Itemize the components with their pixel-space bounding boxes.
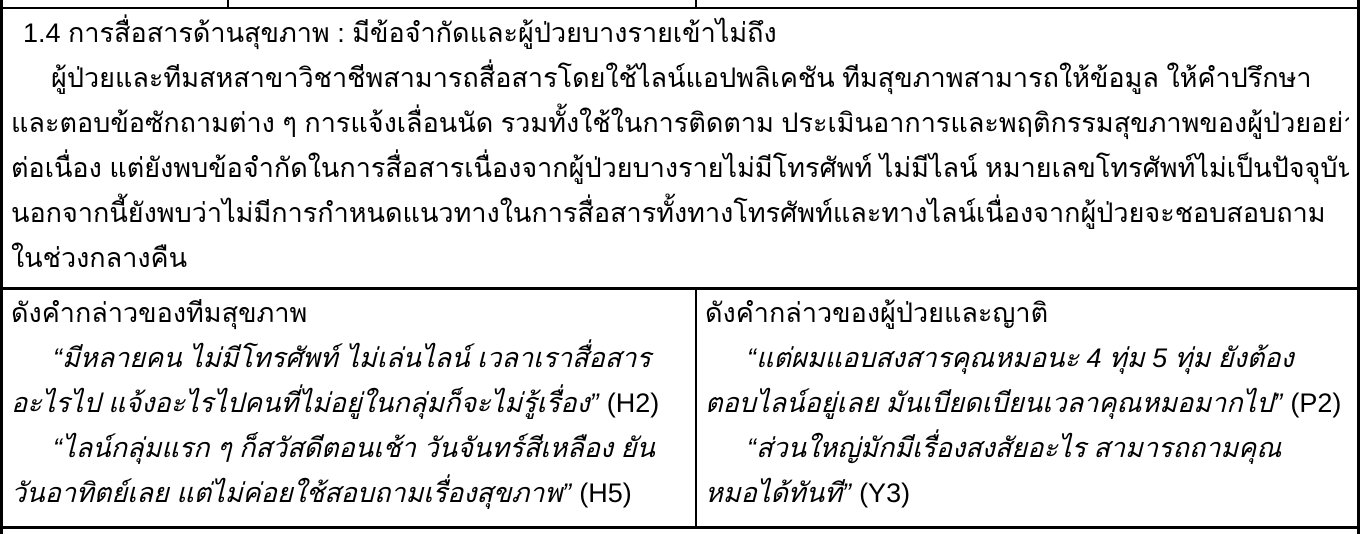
speaker-code: (H5) — [579, 478, 632, 508]
paragraph-line: และตอบข้อซักถามต่าง ๆ การแจ้งเลื่อนนัด ร… — [11, 101, 1349, 146]
quote-text: ตอบไลน์อยู่เลย มันเบียดเบียนเวลาคุณหมอมา… — [705, 388, 1282, 418]
section-1-4-cell: 1.4 การสื่อสารด้านสุขภาพ : มีข้อจำกัดและ… — [3, 9, 1357, 290]
quotes-header-health-team: ดังคำกล่าวของทีมสุขภาพ — [11, 291, 689, 336]
quotes-header-patients: ดังคำกล่าวของผู้ป่วยและญาติ — [705, 291, 1351, 336]
paragraph-line: นอกจากนี้ยังพบว่าไม่มีการกำหนดแนวทางในกา… — [11, 191, 1349, 236]
paragraph-line: ผู้ป่วยและทีมสหสาขาวิชาชีพสามารถสื่อสารโ… — [11, 56, 1349, 101]
quote-line: “ส่วนใหญ่มักมีเรื่องสงสัยอะไร สามารถถามค… — [705, 426, 1351, 471]
speaker-code: (Y3) — [859, 478, 910, 508]
section-heading: 1.4 การสื่อสารด้านสุขภาพ : มีข้อจำกัดและ… — [11, 11, 1349, 56]
previous-row-column-divider — [227, 0, 229, 7]
quote-line: ตอบไลน์อยู่เลย มันเบียดเบียนเวลาคุณหมอมา… — [705, 381, 1351, 426]
quote-line: “แต่ผมแอบสงสารคุณหมอนะ 4 ทุ่ม 5 ทุ่ม ยัง… — [705, 336, 1351, 381]
quote-line: “ไลน์กลุ่มแรก ๆ ก็สวัสดีตอนเช้า วันจันทร… — [11, 426, 689, 471]
quote-line: วันอาทิตย์เลย แต่ไม่ค่อยใช้สอบถามเรื่องส… — [11, 471, 689, 516]
next-row-top-edge — [3, 529, 1357, 534]
quote-line: อะไรไป แจ้งอะไรไปคนที่ไม่อยู่ในกลุ่มก็จะ… — [11, 381, 689, 426]
previous-row-column-divider — [695, 0, 697, 7]
quotes-table-row: ดังคำกล่าวของทีมสุขภาพ “มีหลายคน ไม่มีโท… — [3, 290, 1357, 529]
patient-quotes-cell: ดังคำกล่าวของผู้ป่วยและญาติ “แต่ผมแอบสงส… — [697, 290, 1357, 526]
document-page: 1.4 การสื่อสารด้านสุขภาพ : มีข้อจำกัดและ… — [0, 0, 1360, 534]
quote-text: อะไรไป แจ้งอะไรไปคนที่ไม่อยู่ในกลุ่มก็จะ… — [11, 388, 599, 418]
health-team-quotes-cell: ดังคำกล่าวของทีมสุขภาพ “มีหลายคน ไม่มีโท… — [3, 290, 697, 526]
paragraph-line: ต่อเนื่อง แต่ยังพบข้อจำกัดในการสื่อสารเน… — [11, 146, 1349, 191]
quote-text: วันอาทิตย์เลย แต่ไม่ค่อยใช้สอบถามเรื่องส… — [11, 478, 571, 508]
speaker-code: (P2) — [1290, 388, 1341, 418]
previous-row-bottom-edge — [3, 0, 1357, 9]
speaker-code: (H2) — [607, 388, 660, 418]
quote-line: “มีหลายคน ไม่มีโทรศัพท์ ไม่เล่นไลน์ เวลา… — [11, 336, 689, 381]
paragraph-line: ในช่วงกลางคืน — [11, 236, 1349, 281]
quote-line: หมอได้ทันที”(Y3) — [705, 471, 1351, 516]
quote-text: หมอได้ทันที” — [705, 478, 851, 508]
